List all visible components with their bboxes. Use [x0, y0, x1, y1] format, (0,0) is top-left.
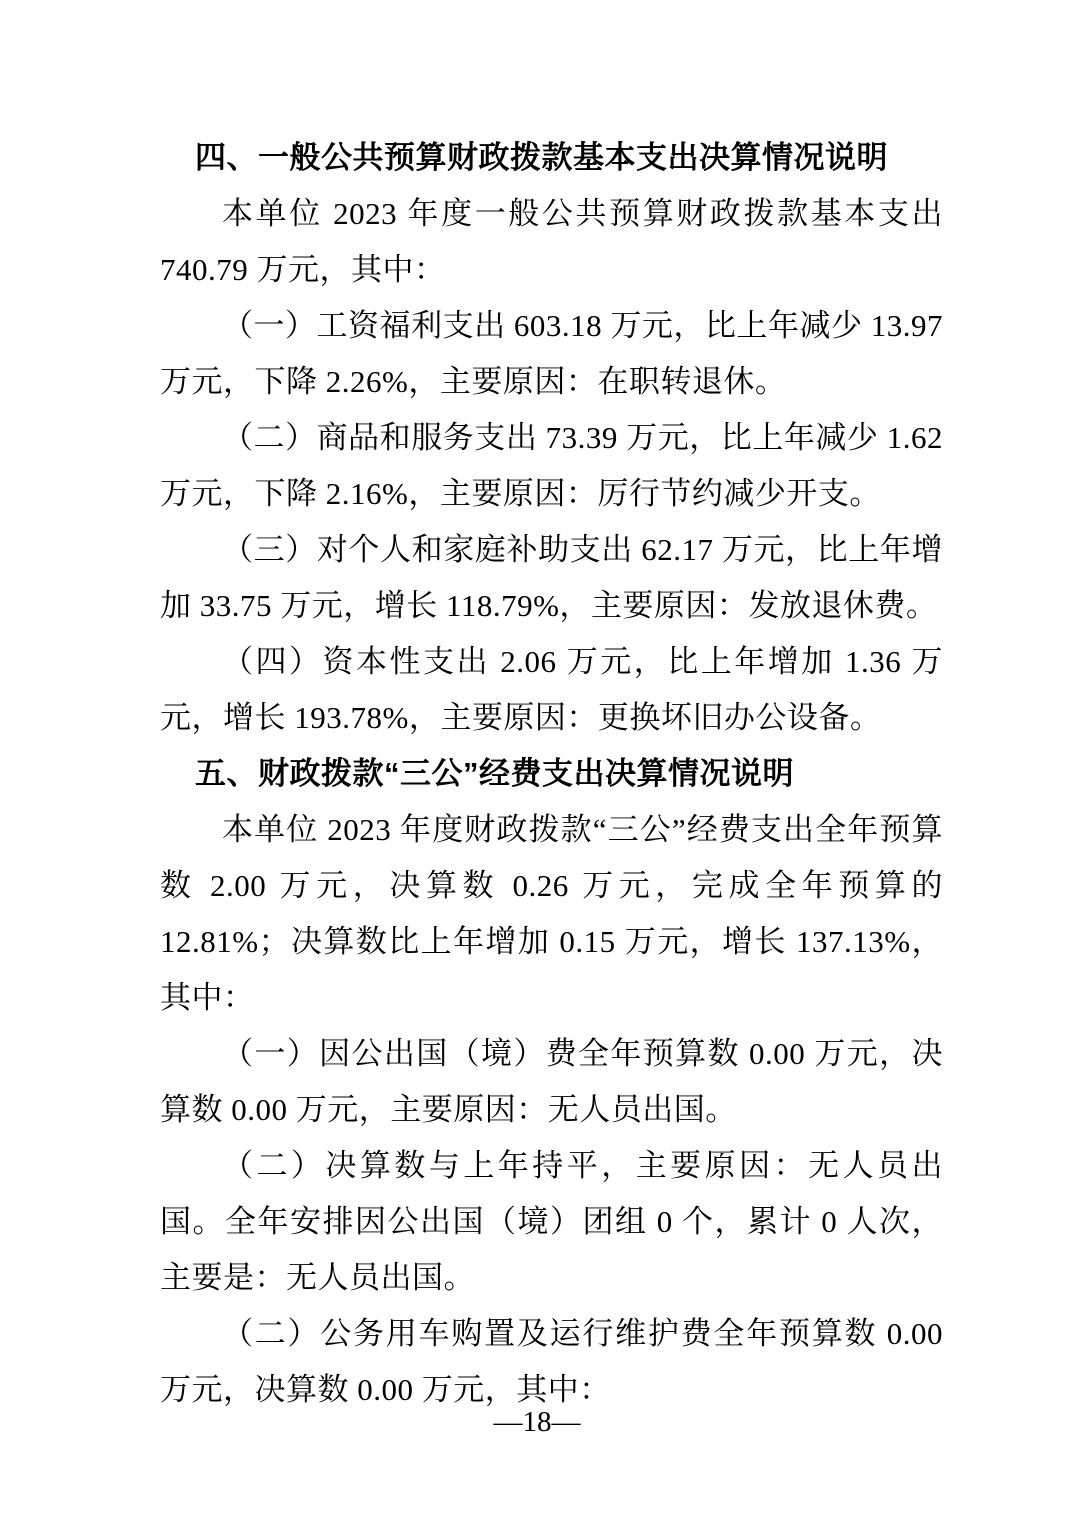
paragraph: （二）商品和服务支出 73.39 万元，比上年减少 1.62 万元，下降 2.1… [160, 410, 943, 522]
paragraph: （三）对个人和家庭补助支出 62.17 万元，比上年增加 33.75 万元，增长… [160, 522, 943, 634]
paragraph: （一）因公出国（境）费全年预算数 0.00 万元，决算数 0.00 万元，主要原… [160, 1026, 943, 1138]
section-three-public-funds: 五、财政拨款“三公”经费支出决算情况说明 本单位 2023 年度财政拨款“三公”… [160, 746, 943, 1418]
paragraph: （四）资本性支出 2.06 万元，比上年增加 1.36 万元，增长 193.78… [160, 634, 943, 746]
section-heading: 四、一般公共预算财政拨款基本支出决算情况说明 [160, 130, 943, 186]
page-number: —18— [0, 1398, 1074, 1446]
document-page: 四、一般公共预算财政拨款基本支出决算情况说明 本单位 2023 年度一般公共预算… [0, 0, 1074, 1520]
paragraph: 本单位 2023 年度财政拨款“三公”经费支出全年预算数 2.00 万元，决算数… [160, 802, 943, 1026]
document-body: 四、一般公共预算财政拨款基本支出决算情况说明 本单位 2023 年度一般公共预算… [160, 130, 943, 1418]
paragraph: （二）决算数与上年持平，主要原因：无人员出国。全年安排因公出国（境）团组 0 个… [160, 1138, 943, 1306]
section-heading: 五、财政拨款“三公”经费支出决算情况说明 [160, 746, 943, 802]
paragraph: 本单位 2023 年度一般公共预算财政拨款基本支出 740.79 万元，其中： [160, 186, 943, 298]
section-basic-expenditure: 四、一般公共预算财政拨款基本支出决算情况说明 本单位 2023 年度一般公共预算… [160, 130, 943, 746]
paragraph: （一）工资福利支出 603.18 万元，比上年减少 13.97 万元，下降 2.… [160, 298, 943, 410]
